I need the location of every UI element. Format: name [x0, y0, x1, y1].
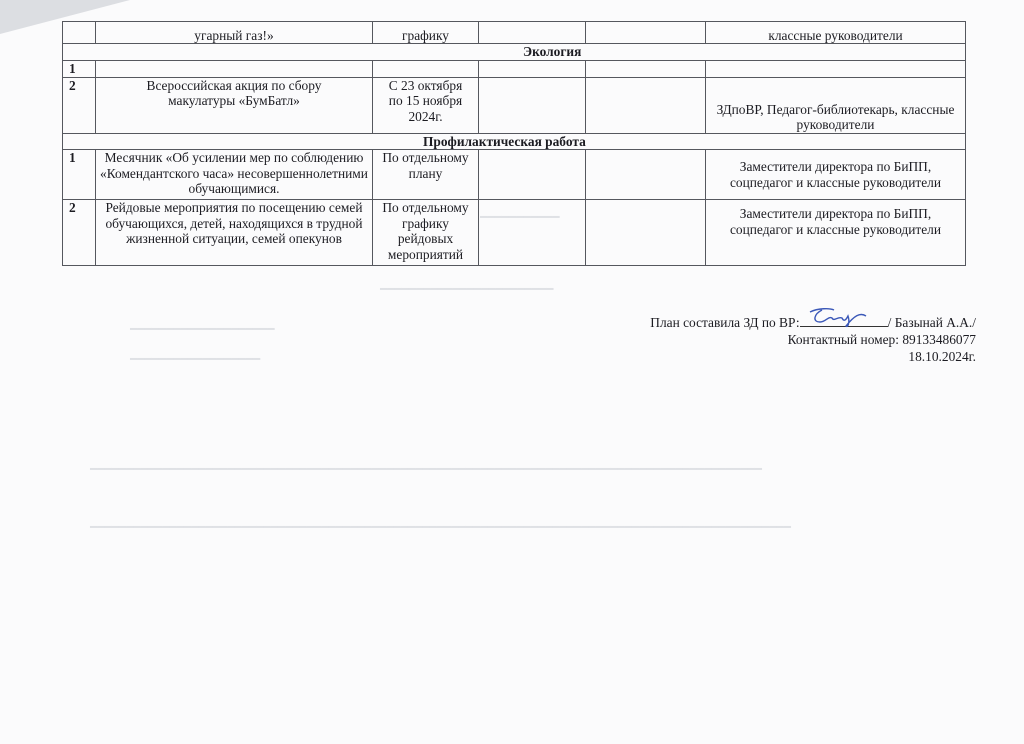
empty-cell	[586, 22, 706, 44]
row-number	[63, 22, 96, 44]
compiled-by-name: / Базынай А.А./	[888, 315, 976, 330]
contact-number: 89133486077	[902, 332, 976, 347]
bleed-through-text: ━━━━━━━━━━━━━━━━━━━━━━━━━━━━━━━━━━━━━━━━…	[90, 520, 791, 535]
dates-cell: По отдельному графику рейдовых мероприят…	[373, 200, 479, 266]
signature-icon	[804, 306, 874, 328]
compiled-by-label: План составила ЗД по ВР:	[650, 315, 799, 330]
empty-cell	[479, 60, 586, 77]
responsible-cell: ЗДпоВР, Педагог-библиотекарь, классные р…	[706, 77, 966, 133]
table-row: угарный газ!» графику классные руководит…	[63, 22, 966, 44]
section-title: Экология	[63, 44, 966, 61]
event-cell	[96, 60, 373, 77]
row-number: 2	[63, 200, 96, 266]
empty-cell	[479, 77, 586, 133]
dates-cell: графику	[373, 22, 479, 44]
responsible-cell: Заместители директора по БиПП, соцпедаго…	[706, 200, 966, 266]
empty-cell	[586, 200, 706, 266]
bleed-through-text: ━━━━━━━━━━━━━━━━━━━━━━━━━━━━━━━━━━━━━━━━…	[90, 462, 762, 477]
bleed-through-text: ━━━━━━━━━━━━━━━━━━	[130, 352, 260, 367]
section-title: Профилактическая работа	[63, 133, 966, 150]
dates-cell	[373, 60, 479, 77]
table-row: 1 Месячник «Об усилении мер по соблюдени…	[63, 150, 966, 200]
dates-cell: С 23 октября по 15 ноября 2024г.	[373, 77, 479, 133]
event-cell: Рейдовые мероприятия по посещению семей …	[96, 200, 373, 266]
responsible-cell: Заместители директора по БиПП, соцпедаго…	[706, 150, 966, 200]
compiled-by-line: План составила ЗД по ВР:/ Базынай А.А./	[650, 312, 976, 331]
empty-cell	[479, 200, 586, 266]
plan-date: 18.10.2024г.	[650, 348, 976, 365]
row-number: 1	[63, 60, 96, 77]
empty-cell	[479, 150, 586, 200]
section-header-row: Экология	[63, 44, 966, 61]
event-cell: угарный газ!»	[96, 22, 373, 44]
responsible-cell	[706, 60, 966, 77]
row-number: 1	[63, 150, 96, 200]
plan-signature-block: План составила ЗД по ВР:/ Базынай А.А./ …	[650, 312, 976, 365]
empty-cell	[586, 150, 706, 200]
table-row: 2 Всероссийская акция по сбору макулатур…	[63, 77, 966, 133]
table-row: 1	[63, 60, 966, 77]
contact-line: Контактный номер: 89133486077	[650, 331, 976, 348]
empty-cell	[586, 77, 706, 133]
empty-cell	[479, 22, 586, 44]
contact-label: Контактный номер:	[788, 332, 899, 347]
bleed-through-text: ━━━━━━━━━━━━━━━━━━━━━━━━	[380, 282, 553, 297]
event-cell: Всероссийская акция по сбору макулатуры …	[96, 77, 373, 133]
table-row: 2 Рейдовые мероприятия по посещению семе…	[63, 200, 966, 266]
row-number: 2	[63, 77, 96, 133]
empty-cell	[586, 60, 706, 77]
signature-line	[800, 312, 888, 327]
activity-plan-table: угарный газ!» графику классные руководит…	[62, 21, 966, 266]
event-cell: Месячник «Об усилении мер по соблюдению …	[96, 150, 373, 200]
section-header-row: Профилактическая работа	[63, 133, 966, 150]
dates-cell: По отдельному плану	[373, 150, 479, 200]
responsible-cell: классные руководители	[706, 22, 966, 44]
bleed-through-text: ━━━━━━━━━━━━━━━━━━━━	[130, 322, 275, 337]
